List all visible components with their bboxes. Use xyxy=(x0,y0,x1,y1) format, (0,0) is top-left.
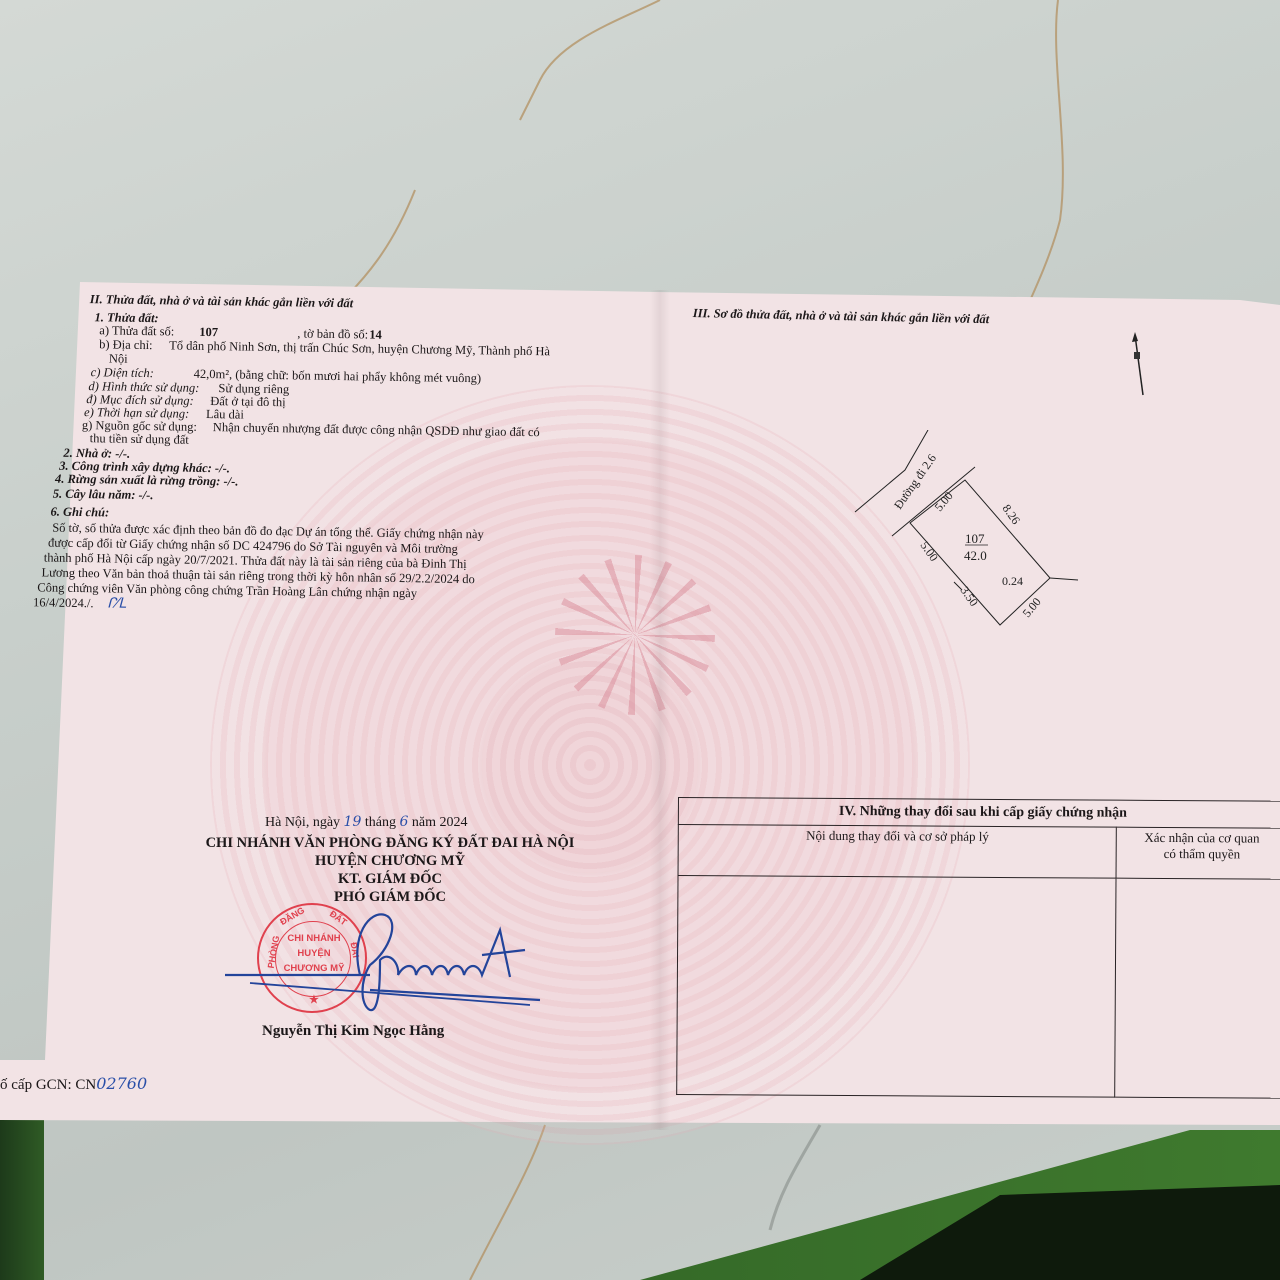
signature-scribble xyxy=(220,905,550,1015)
col-change-content: Nội dung thay đổi và cơ sở pháp lý xyxy=(678,825,1117,879)
initials-handwritten: ᒋ⁄ᒪ xyxy=(107,596,126,610)
edge-left-upper: 5.00 xyxy=(918,539,942,564)
date-prefix: Hà Nội, ngày xyxy=(265,815,340,830)
drum-star-watermark xyxy=(555,555,715,715)
register-label: ố cấp GCN: CN xyxy=(0,1077,96,1093)
parcel-area: 42.0 xyxy=(964,548,987,563)
north-arrow-icon xyxy=(1125,330,1155,400)
parcel-no: 107 xyxy=(199,325,218,339)
area-label: c) Diện tích: xyxy=(91,365,154,380)
col-authority-confirmation: Xác nhận của cơ quan có thẩm quyền xyxy=(1116,827,1280,879)
col2-line1: Xác nhận của cơ quan xyxy=(1121,830,1280,847)
authority-cell xyxy=(1115,878,1280,1098)
edge-left-lower: 3.50 xyxy=(958,584,982,609)
paper-fold xyxy=(650,290,670,1130)
org-line2: HUYỆN CHƯƠNG MỸ xyxy=(160,854,620,868)
grass-left xyxy=(0,1120,44,1280)
address-line2: Nội xyxy=(109,351,128,365)
production-forest-item: 4. Rừng sản xuất là rừng trồng: -/-. xyxy=(55,472,239,489)
origin-line2: thu tiền sử dụng đất xyxy=(90,431,189,447)
edge-top: 5.00 xyxy=(932,489,956,514)
register-number-handwritten: 02760 xyxy=(96,1074,147,1093)
edge-bottom: 5.00 xyxy=(1020,595,1044,620)
section-iv-title: IV. Những thay đổi sau khi cấp giấy chứn… xyxy=(678,798,1280,829)
parcel-number: 107 xyxy=(965,531,985,546)
year-label: năm 2024 xyxy=(412,815,468,830)
role-line2: PHÓ GIÁM ĐỐC xyxy=(160,890,620,904)
parcel-no-label: a) Thửa đất số: xyxy=(99,323,174,338)
notes-heading: 6. Ghi chú: xyxy=(50,505,109,520)
map-sheet-label: , tờ bản đồ số: xyxy=(297,326,368,341)
perennial-trees-item: 5. Cây lâu năm: -/-. xyxy=(53,487,154,503)
notes-line-6: 16/4/2024./. xyxy=(33,595,94,610)
col2-line2: có thẩm quyền xyxy=(1121,846,1280,863)
map-sheet-no: 14 xyxy=(369,328,382,342)
section-iv-changes-table: IV. Những thay đổi sau khi cấp giấy chứn… xyxy=(676,797,1280,1099)
certificate-register: ố cấp GCN: CN02760 xyxy=(0,1077,147,1092)
change-content-cell xyxy=(677,876,1117,1098)
address-label: b) Địa chỉ: xyxy=(99,337,153,352)
signer-name: Nguyễn Thị Kim Ngọc Hằng xyxy=(262,1024,444,1038)
day-handwritten: 19 xyxy=(344,814,362,830)
org-line1: CHI NHÁNH VĂN PHÒNG ĐĂNG KÝ ĐẤT ĐAI HÀ N… xyxy=(160,836,620,850)
role-line1: KT. GIÁM ĐỐC xyxy=(160,872,620,886)
edge-small: 0.24 xyxy=(1002,574,1023,588)
month-label: tháng xyxy=(365,815,396,830)
parcel-sketch: 107 42.0 Đường đi 2.6 5.00 8.26 0.24 5.0… xyxy=(850,430,1090,630)
month-handwritten: 6 xyxy=(399,814,408,830)
